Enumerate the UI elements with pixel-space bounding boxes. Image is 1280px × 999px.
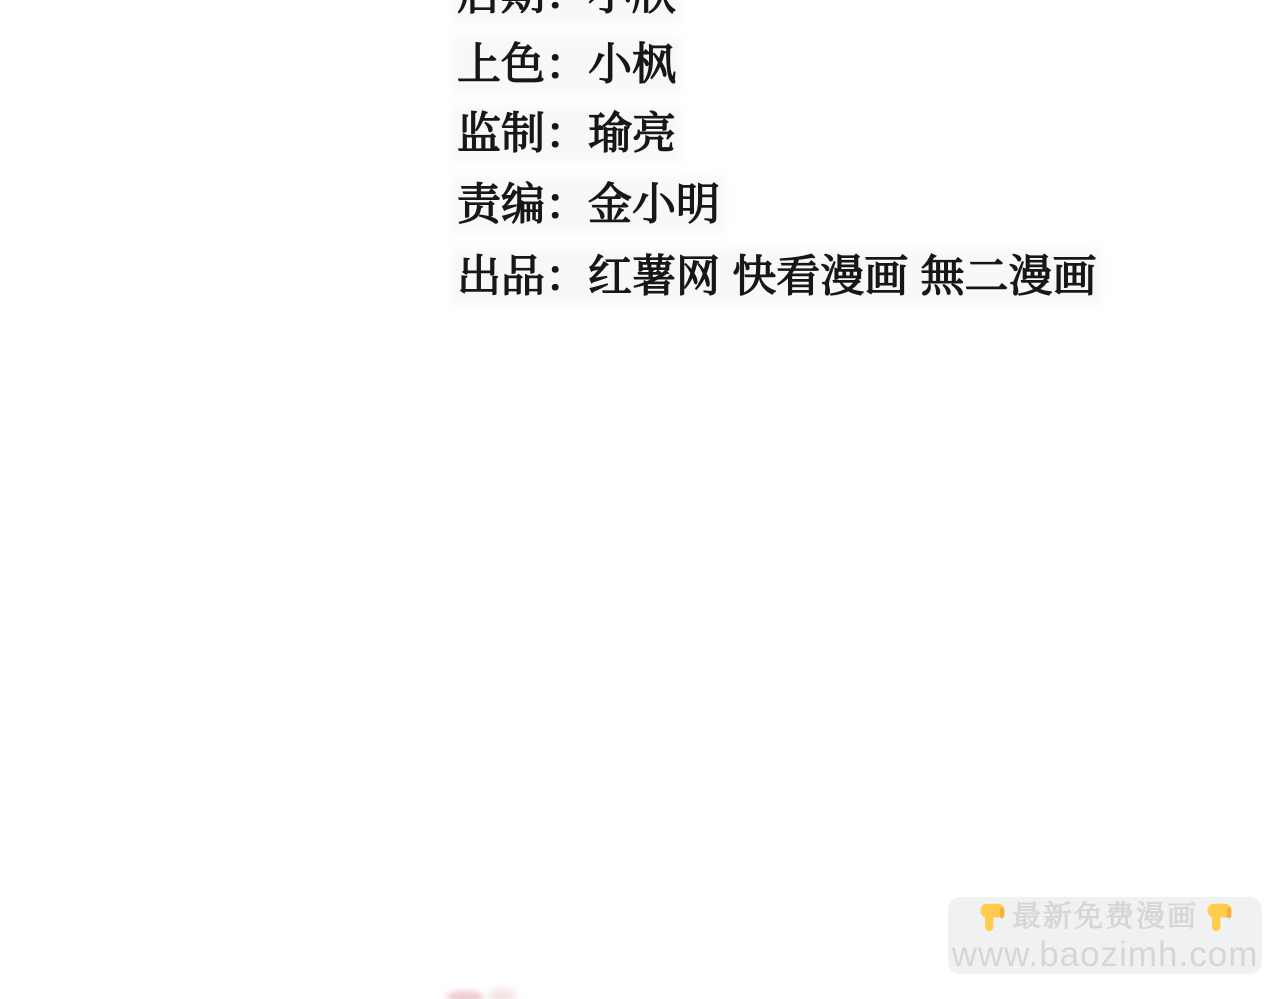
credit-line-coloring: 上色： 小枫 <box>457 42 676 88</box>
site-watermark: 最新免费漫画 www.baozimh.com <box>948 897 1262 974</box>
credit-role-text: 后期 <box>457 0 545 18</box>
credit-line-supervisor: 监制： 瑜亮 <box>457 111 676 157</box>
credit-name: 瑜亮 <box>588 111 676 157</box>
artwork-fragment <box>487 989 517 999</box>
pointing-down-emoji <box>975 901 1008 934</box>
credit-role-label: 后期： <box>457 0 588 18</box>
artwork-fragment <box>446 991 484 999</box>
credit-line-producer: 出品： 红薯网 快看漫画 無二漫画 <box>457 254 1096 300</box>
credit-line-editor: 责编： 金小明 <box>457 182 720 228</box>
credit-role-text: 上色 <box>457 42 545 88</box>
credit-role-text: 责编 <box>457 182 545 228</box>
pointing-down-emoji <box>1202 901 1235 934</box>
credit-colon: ： <box>545 182 589 228</box>
credit-name: 金小明 <box>588 182 720 228</box>
credit-role-label: 责编： <box>457 182 588 228</box>
credit-colon: ： <box>545 42 589 88</box>
credit-name: 小欣 <box>588 0 676 18</box>
credit-colon: ： <box>545 254 589 300</box>
credit-role-text: 监制 <box>457 111 545 157</box>
credit-role-label: 上色： <box>457 42 588 88</box>
credit-role-text: 出品 <box>457 254 545 300</box>
watermark-heading: 最新免费漫画 <box>1012 903 1198 932</box>
credit-name: 红薯网 快看漫画 無二漫画 <box>588 254 1096 300</box>
credit-line-postproduction: 后期： 小欣 <box>457 0 676 18</box>
watermark-url: www.baozimh.com <box>952 937 1259 972</box>
watermark-heading-row: 最新免费漫画 <box>975 899 1235 935</box>
credit-role-label: 监制： <box>457 111 588 157</box>
credit-role-label: 出品： <box>457 254 588 300</box>
credit-colon: ： <box>545 111 589 157</box>
credit-name: 小枫 <box>588 42 676 88</box>
credit-colon: ： <box>545 0 589 18</box>
comic-credits-page: { "page": { "background": "#ffffff", "wi… <box>0 0 1280 999</box>
